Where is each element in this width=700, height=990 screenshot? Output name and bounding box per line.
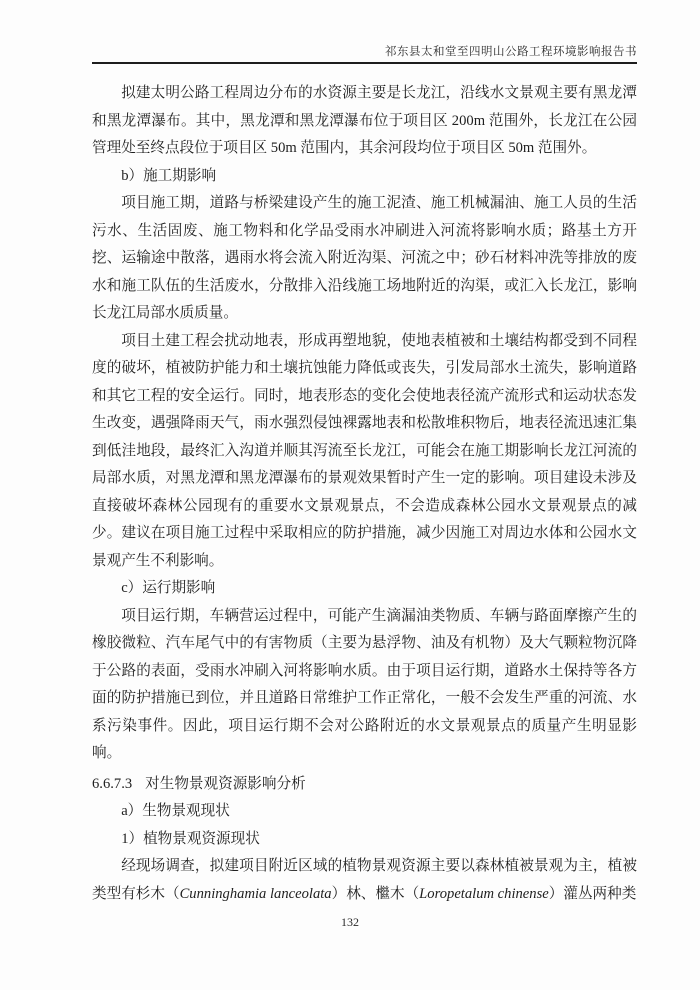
text-segment: ）灌丛两种类 [549,886,637,902]
subheading-plant-landscape-status: 1）植物景观资源现状 [92,826,637,854]
document-body: 拟建太明公路工程周边分布的水资源主要是长龙江，沿线水文景观主要有黑龙潭和黑龙潭瀑… [92,80,637,908]
section-title: 对生物景观资源影响分析 [145,776,306,792]
running-header: 祁东县太和堂至四明山公路工程环境影响报告书 [92,43,637,59]
subheading-operation-period: c）运行期影响 [92,575,637,603]
paragraph-operation-impact: 项目运行期，车辆营运过程中，可能产生滴漏油类物质、车辆与路面摩擦产生的橡胶微粒、… [92,603,637,768]
text-segment: ）林、檵木（ [332,886,420,902]
paragraph-earthworks-impact: 项目土建工程会扰动地表，形成再塑地貌，使地表植被和土壤结构都受到不同程度的破坏，… [92,328,637,576]
page-number: 132 [341,915,359,929]
subheading-bio-landscape-status: a）生物景观现状 [92,798,637,826]
paragraph-water-overview: 拟建太明公路工程周边分布的水资源主要是长龙江，沿线水文景观主要有黑龙潭和黑龙潭瀑… [92,80,637,163]
species-latin-name-loropetalum: Loropetalum chinense [419,886,549,902]
subheading-construction-period: b）施工期影响 [92,163,637,191]
paragraph-construction-wastewater: 项目施工期，道路与桥梁建设产生的施工泥渣、施工机械漏油、施工人员的生活污水、生活… [92,190,637,328]
species-latin-name-cunninghamia: Cunninghamia lanceolata [180,886,332,902]
section-heading-6673: 6.6.7.3对生物景观资源影响分析 [92,771,637,799]
paragraph-vegetation-survey: 经现场调查，拟建项目附近区域的植物景观资源主要以森林植被景观为主，植被类型有杉木… [92,853,637,908]
running-header-title: 祁东县太和堂至四明山公路工程环境影响报告书 [385,46,637,58]
section-number: 6.6.7.3 [92,776,132,792]
header-rule [92,62,637,64]
document-page: 祁东县太和堂至四明山公路工程环境影响报告书 拟建太明公路工程周边分布的水资源主要… [0,0,700,990]
page-footer: 132 [0,915,700,930]
